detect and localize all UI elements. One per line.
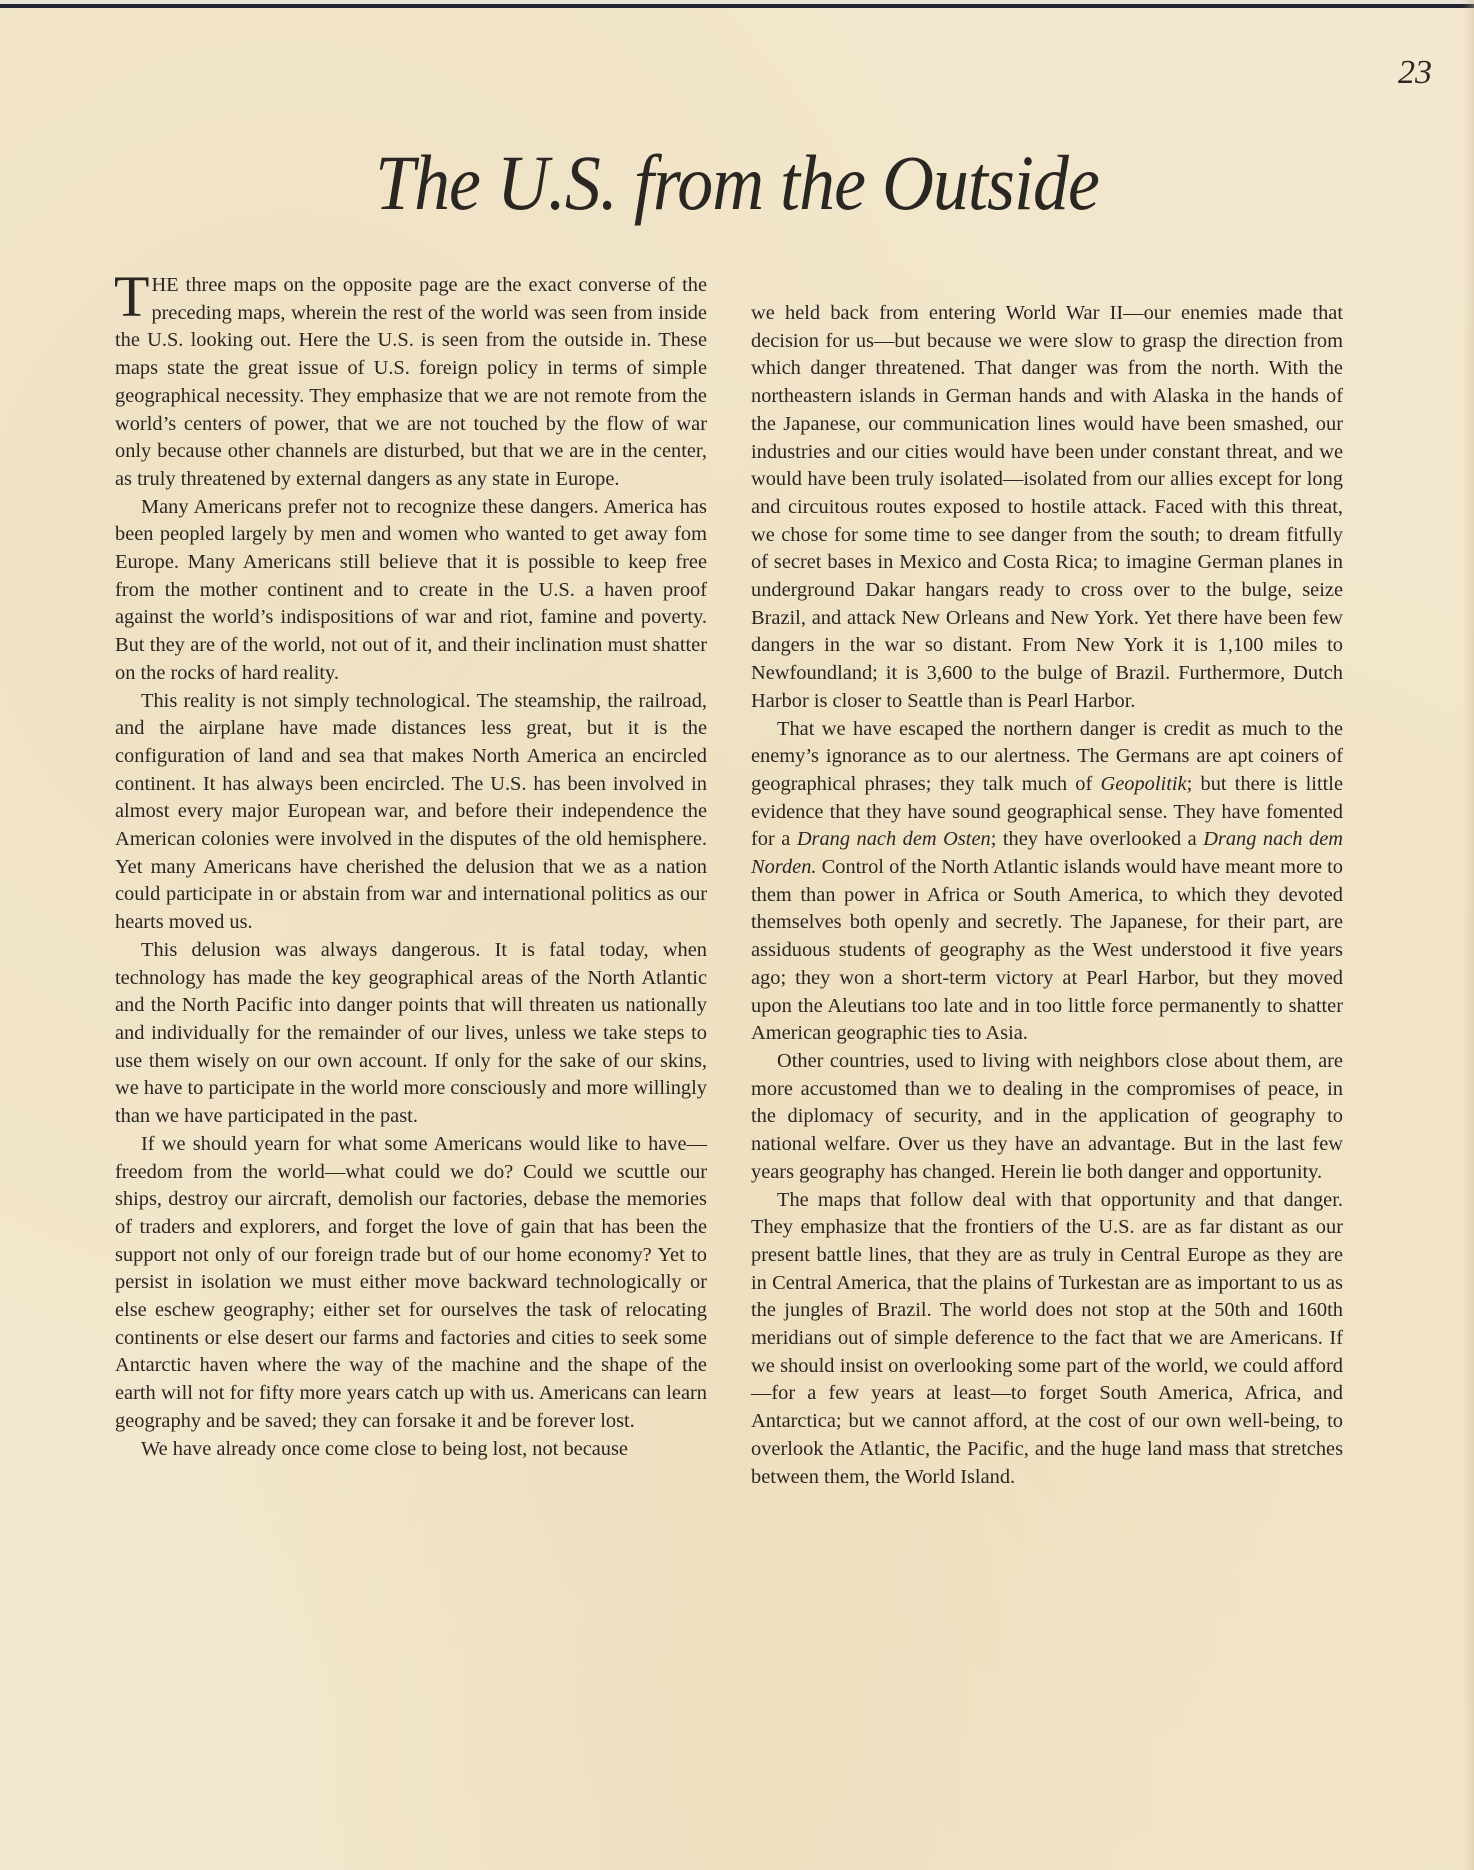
drop-cap: T [114,274,149,320]
paragraph-1: THE three maps on the opposite page are … [115,272,707,494]
paragraph-5: If we should yearn for what some America… [115,1131,707,1436]
italic-term-drang-osten: Drang nach dem Osten [797,828,991,850]
page-title: The U.S. from the Outside [59,138,1415,228]
paragraph-1-text: three maps on the opposite page are the … [115,274,707,490]
right-column: we held back from entering World War II—… [751,300,1343,1491]
paragraph-8-text-c: ; they have overlooked a [991,828,1203,850]
paragraph-10: The maps that follow deal with that oppo… [751,1187,1343,1492]
page-right-edge [1462,0,1474,1870]
left-column: THE three maps on the opposite page are … [115,272,707,1463]
paragraph-6: We have already once come close to being… [115,1436,707,1464]
paragraph-8: That we have escaped the northern danger… [751,716,1343,1048]
lead-in-smallcaps: HE [151,274,178,296]
paragraph-8-text-d: Control of the North Atlantic islands wo… [751,856,1343,1044]
paragraph-3: This reality is not simply technological… [115,688,707,937]
top-rule-divider [0,4,1474,8]
paragraph-7: we held back from entering World War II—… [751,300,1343,716]
page-number: 23 [1398,54,1432,92]
italic-term-geopolitik: Geopolitik [1101,773,1187,795]
paragraph-4: This delusion was always dangerous. It i… [115,937,707,1131]
paragraph-9: Other countries, used to living with nei… [751,1048,1343,1187]
paragraph-2: Many Americans prefer not to recognize t… [115,494,707,688]
